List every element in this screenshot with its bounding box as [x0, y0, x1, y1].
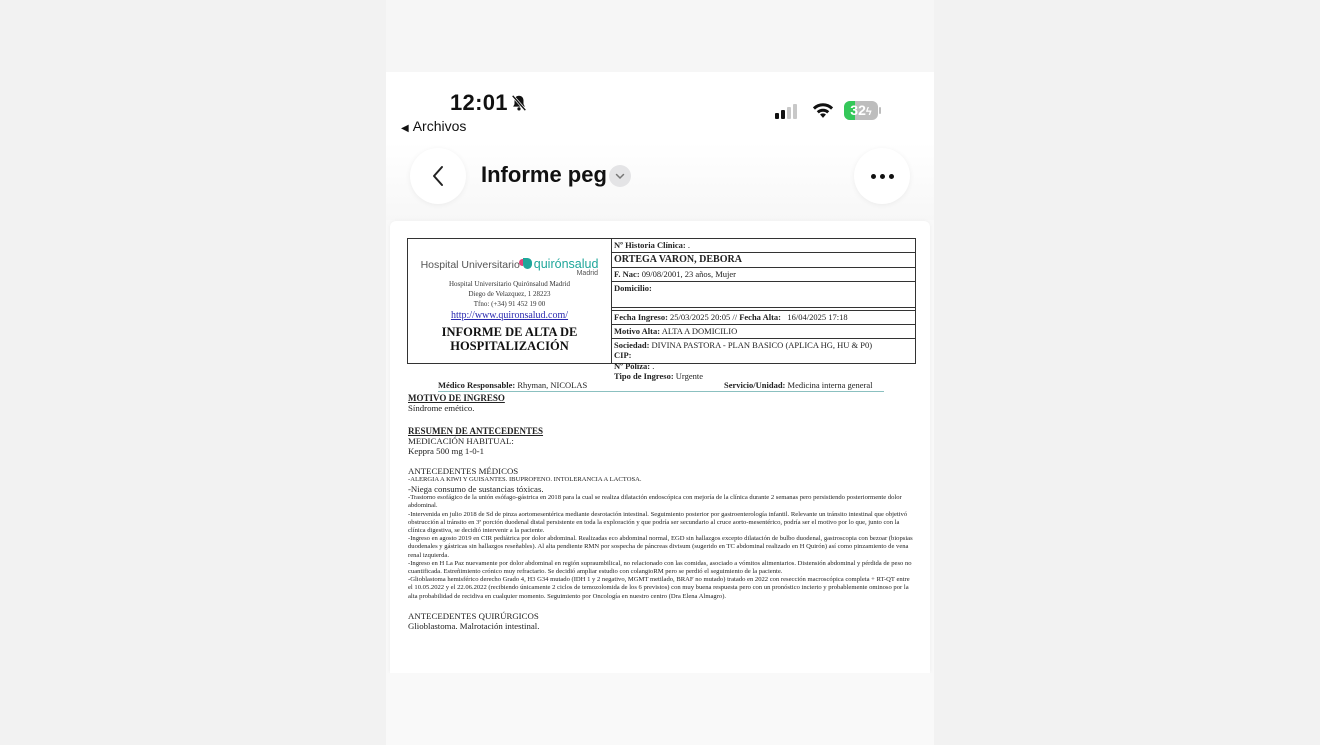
insurance-info: Sociedad: DIVINA PASTORA - PLAN BASICO (… — [611, 339, 915, 382]
battery-icon: 32ϟ — [844, 101, 878, 120]
report-header-box: Hospital Universitarioquirónsalud Madrid… — [407, 238, 916, 364]
document-navbar: Informe peg — [386, 142, 934, 220]
logo-city: Madrid — [408, 270, 598, 277]
back-app-label: Archivos — [413, 118, 467, 134]
motivo-alta-row: Motivo Alta: ALTA A DOMICILIO — [611, 325, 915, 339]
ellipsis-icon — [871, 174, 894, 179]
chevron-down-icon — [615, 173, 625, 180]
sociedad-row: Sociedad: DIVINA PASTORA - PLAN BASICO (… — [614, 340, 912, 350]
wifi-icon — [812, 102, 834, 119]
toxicos-text: -Niega consumo de sustancias tóxicas. — [408, 484, 914, 494]
battery-nub — [879, 107, 881, 114]
poliza-row: Nº Póliza: . — [614, 361, 912, 371]
medicacion-heading: MEDICACIÓN HABITUAL: — [408, 436, 914, 446]
patient-name: ORTEGA VARON, DEBORA — [611, 253, 915, 268]
doctor-service-line: Médico Responsable: Rhyman, NICOLAS Serv… — [438, 380, 884, 392]
antecedente-item: -Trastorno esofágico de la unión esófago… — [408, 494, 914, 510]
report-body: MOTIVO DE INGRESO Síndrome emético. RESU… — [408, 393, 914, 631]
antecedentes-quirurgicos-heading: ANTECEDENTES QUIRÚRGICOS — [408, 611, 914, 621]
antecedentes-quirurgicos-text: Glioblastoma. Malrotación intestinal. — [408, 621, 914, 631]
antecedente-item: -Ingreso en H La Paz nuevamente por dolo… — [408, 560, 914, 576]
cip-row: CIP: — [614, 350, 912, 360]
antecedente-item: -Intervenida en julio 2018 de Sd de pinz… — [408, 511, 914, 536]
antecedentes-medicos-heading: ANTECEDENTES MÉDICOS — [408, 466, 914, 476]
antecedente-item: -Ingreso en agosto 2019 en CIR pediátric… — [408, 535, 914, 560]
hospital-address: Diego de Velazquez, 1 28223 — [408, 289, 611, 299]
cellular-signal-icon — [775, 104, 797, 119]
address-redacted — [611, 295, 915, 308]
phone-screen: 12:01 ◀Archivos 32ϟ Inform — [386, 0, 934, 745]
document-page[interactable]: Hospital Universitarioquirónsalud Madrid… — [390, 221, 930, 673]
back-triangle-icon: ◀ — [401, 123, 409, 134]
medicacion-text: Keppra 500 mg 1-0-1 — [408, 446, 914, 456]
battery-percent: 32ϟ — [844, 102, 878, 118]
hospital-info: Hospital Universitarioquirónsalud Madrid… — [408, 239, 612, 363]
hospital-name: Hospital Universitario Quirónsalud Madri… — [408, 279, 611, 289]
servicio-unidad: Servicio/Unidad: Medicina interna genera… — [724, 380, 873, 390]
medico-responsable: Médico Responsable: Rhyman, NICOLAS — [438, 380, 587, 390]
quironsalud-logo-icon — [523, 258, 532, 269]
address-row: Domicilio: — [611, 282, 915, 295]
top-blank-area — [386, 0, 934, 72]
motivo-ingreso-text: Síndrome emético. — [408, 403, 914, 413]
document-title[interactable]: Informe peg — [481, 162, 607, 188]
alergias-text: -ALERGIA A KIWI Y GUISANTES. IBUPROFENO.… — [408, 476, 914, 484]
report-title: INFORME DE ALTA DE HOSPITALIZACIÓN — [408, 325, 611, 353]
motivo-ingreso-heading: MOTIVO DE INGRESO — [408, 393, 914, 403]
status-bar: 12:01 ◀Archivos 32ϟ — [386, 72, 934, 142]
resumen-heading: RESUMEN DE ANTECEDENTES — [408, 426, 914, 436]
more-options-button[interactable] — [854, 148, 910, 204]
patient-info: Nº Historia Clínica: . ORTEGA VARON, DEB… — [611, 239, 915, 363]
hospital-logo: Hospital Universitarioquirónsalud — [408, 257, 611, 271]
status-time: 12:01 — [450, 90, 508, 116]
hospital-url-link[interactable]: http://www.quironsalud.com/ — [408, 310, 611, 321]
historia-clinica-row: Nº Historia Clínica: . — [611, 239, 915, 253]
bottom-blank-area — [386, 673, 934, 745]
chevron-left-icon — [431, 165, 445, 187]
back-button[interactable] — [410, 148, 466, 204]
charging-bolt-icon: ϟ — [866, 106, 872, 118]
birth-date-row: F. Nac: 09/08/2001, 23 años, Mujer — [611, 268, 915, 282]
dates-row: Fecha Ingreso: 25/03/2025 20:05 // Fecha… — [611, 310, 915, 325]
title-menu-button[interactable] — [609, 165, 631, 187]
back-to-app-link[interactable]: ◀Archivos — [401, 118, 466, 134]
bell-slash-icon — [510, 94, 528, 112]
hospital-phone: Tfno: (+34) 91 452 19 00 — [408, 299, 611, 309]
antecedente-item: -Glioblastoma hemisférico derecho Grado … — [408, 576, 914, 601]
